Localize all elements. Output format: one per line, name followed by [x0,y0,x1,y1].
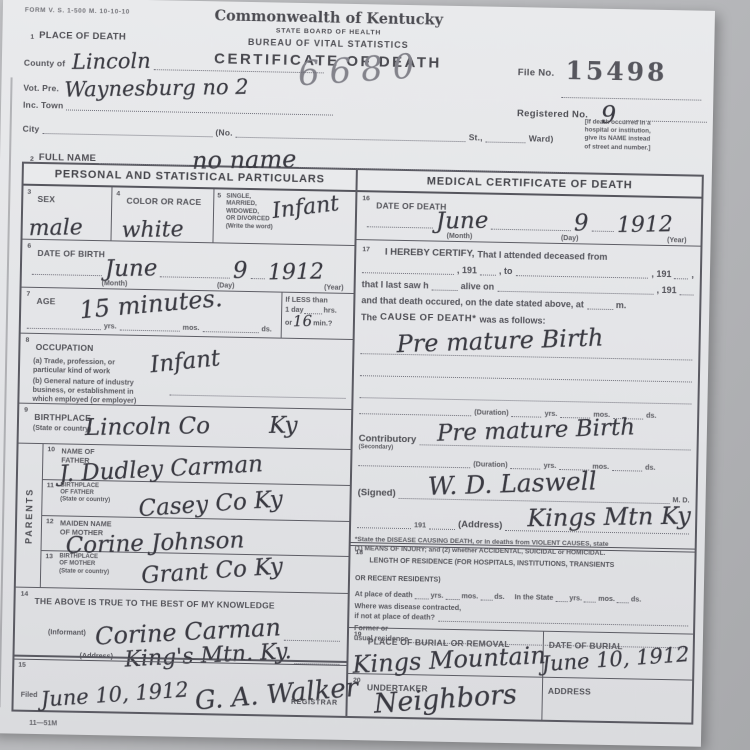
year-191-label: , 191 [657,285,677,295]
father-birthplace-value: Casey Co Ky [138,488,284,521]
meridiem-label: m. [616,300,627,310]
dotted-leader [617,593,629,603]
duration-caption: (Duration) [473,459,508,469]
month-caption: (Month) [102,280,128,287]
year-191-label: , 191 [651,269,671,279]
sex-cell: 3 SEX male [22,186,111,241]
to-label: , to [499,266,513,276]
precinct-value: Waynesburg no 2 [64,77,249,101]
age-label: AGE [36,296,55,306]
signed-date-address-line: 191 (Address) Kings Mtn Ky [357,504,689,534]
occupation-label: OCCUPATION [36,342,94,353]
field-number: 15 [18,662,26,669]
sex-race-marital-row: 3 SEX male 4 COLOR OR RACE white 5 SINGL… [22,186,355,246]
birthplace-state-value: Ky [269,414,298,437]
address-caption: (Address) [458,519,503,531]
dotted-leader [359,388,691,404]
field-number: 8 [25,337,29,344]
parents-rows: 10 NAME OF FATHER J. Dudley Carman 11 BI… [41,444,351,593]
city-ward-label: Ward) [529,133,554,143]
birthplace-value: Lincoln Co [85,415,210,440]
dotted-leader [612,461,642,472]
undertaker-cell: 20 UNDERTAKER Neighbors [347,674,542,720]
inc-town-label: Inc. Town [23,100,64,111]
blank-dotted-line [359,382,691,404]
father-birthplace-row: 11 BIRTHPLACE OF FATHER (State or countr… [42,480,350,522]
city-no-label: (No. [215,127,233,137]
death-certificate-scan: FORM V. S. 1-500 M. 10-10-10 Commonwealt… [0,0,750,750]
last-saw-label: that I last saw h [362,279,429,290]
hrs-label: hrs. [323,305,336,314]
mother-birthplace-label: BIRTHPLACE OF MOTHER (State or country) [59,554,109,577]
dotted-leader [592,222,614,232]
undertaker-address-cell: ADDRESS [541,678,692,723]
dotted-leader [680,285,694,295]
dotted-leader [202,322,258,333]
year-191-label: 191 [414,520,426,529]
sex-value: male [29,217,107,240]
parents-label-text: PARENTS [24,487,35,544]
hospital-note: [If death occurred in a hospital or inst… [584,118,707,153]
or-label: or [285,318,292,327]
dotted-leader [480,591,492,601]
dotted-leader [587,299,613,309]
dotted-leader [251,269,265,279]
mos-label: mos. [183,323,200,332]
father-name-row: 10 NAME OF FATHER J. Dudley Carman [43,444,351,486]
undertaker-row: 20 UNDERTAKER Neighbors ADDRESS [347,674,692,723]
certificate-body: PERSONAL AND STATISTICAL PARTICULARS 3 S… [11,162,703,725]
dotted-leader [555,592,567,602]
filed-label: Filed [21,690,38,699]
occupation-row: 8 OCCUPATION (a) Trade, profession, or p… [19,334,352,410]
parents-section: PARENTS 10 NAME OF FATHER J. Dudley Carm… [16,444,351,594]
dotted-leader [358,456,470,468]
cause-value-line: Pre mature Birth [360,328,692,360]
dotted-leader [497,282,654,295]
dob-day-value: 9 [233,260,248,283]
field-number: 13 [45,553,53,560]
field-number: 14 [21,591,29,598]
city-st-label: St., [469,132,483,142]
dotted-leader [367,217,433,228]
label-text: PLACE OF DEATH [39,30,126,43]
signed-line: (Signed) W. D. Laswell M. D. [358,472,690,504]
dod-day-value: 9 [574,212,589,235]
age-leader: yrs. mos. ds. [27,319,275,334]
file-no-line: File No. 15498 [518,55,704,82]
as-follows-label: was as follows: [479,314,545,325]
dob-year-value: 1912 [268,261,324,284]
field-number: 19 [354,631,362,638]
county-value: Lincoln [72,51,151,73]
sex-label: SEX [37,194,55,204]
dotted-leader [99,154,189,166]
secondary-caption: (Secondary) [359,444,394,451]
dotted-leader [512,407,542,418]
of-death-label: of death [385,590,413,600]
registrar-signature: G. A. Walker [194,675,359,715]
mos-label: mos. [461,591,478,600]
signed-label: (Signed) [358,487,396,499]
city-label: City [23,124,40,134]
dotted-leader [160,267,230,278]
informant-line: (Informant) Corine Carman [48,617,340,642]
burial-place-value: Kings Mountain [352,643,546,677]
certificate-header: FORM V. S. 1-500 M. 10-10-10 Commonwealt… [0,0,715,175]
dotted-leader [362,263,454,275]
month-caption: (Month) [447,233,473,240]
place-of-death-label: 1 PLACE OF DEATH [30,30,126,43]
attended-dates-line: , 191 , to , 191 , [362,263,694,279]
dotted-leader [415,589,429,599]
duration-caption: (Duration) [474,407,509,417]
field-number: 16 [362,195,370,202]
certification-block: 17 I HEREBY CERTIFY, That I attended dec… [351,246,701,549]
ds-label: ds. [646,411,657,420]
ds-label: ds. [494,592,505,601]
dotted-leader [66,100,333,115]
dotted-leader [486,133,526,144]
blank-dotted-line [360,360,692,382]
age-row: 7 AGE 15 minutes. yrs. mos. ds. If LESS … [21,288,354,340]
day-caption: (Day) [561,235,579,242]
last-saw-line: that I last saw h alive on , 191 [362,279,694,295]
mos-label: mos. [598,594,615,603]
informant-label: (Informant) [48,627,86,637]
alive-on-label: alive on [461,281,495,292]
personal-particulars-column: PERSONAL AND STATISTICAL PARTICULARS 3 S… [13,164,357,716]
marital-cell: 5 SINGLE, MARRIED, WIDOWED, OR DIVORCED … [212,189,355,245]
field-number: 3 [27,189,31,196]
state-label: State [536,593,554,602]
dotted-leader [561,88,701,101]
age-value: 15 minutes. [79,286,224,322]
dotted-leader [236,128,466,142]
field-number: 2 [30,156,34,163]
race-label: COLOR OR RACE [126,196,201,207]
contracted-label-2: if not at place of death? [354,611,435,622]
dotted-leader [120,321,180,332]
dod-month-value: June [436,210,489,234]
minutes-value: 16 [293,314,312,329]
dob-month-value: June [105,257,158,281]
cause-of-death-value: Pre mature Birth [396,325,603,356]
dotted-leader [491,220,571,232]
dotted-leader [284,631,340,642]
physician-address-value: Kings Mtn Ky [527,504,691,531]
physician-signature: W. D. Laswell [428,468,598,499]
if-less-line3: or 16 min.? [285,314,350,328]
dotted-leader [429,520,455,530]
cause-of-death-label: CAUSE OF DEATH* [380,312,477,325]
file-no-label: File No. [518,67,555,79]
dob-leader: June 9 1912 [32,256,348,281]
the-label: The [361,312,377,322]
ds-label: ds. [631,594,642,603]
certify-bold-text: I HEREBY CERTIFY, [385,247,475,260]
file-no-value: 15498 [565,56,668,87]
county-label: County of [24,58,66,69]
year-caption: (Year) [324,284,344,291]
min-label: min.? [313,318,332,327]
file-no-rule [561,88,701,101]
dotted-leader [515,266,648,279]
yrs-label: yrs. [431,591,444,600]
field-number: 5 [217,192,221,199]
at-place-label: At place [355,589,383,599]
burial-row: 19 PLACE OF BURIAL OR REMOVAL Kings Moun… [348,628,693,681]
certificate-paper: FORM V. S. 1-500 M. 10-10-10 Commonwealt… [0,0,715,747]
field-number: 11 [47,482,54,489]
birthplace-label: BIRTHPLACE [34,412,91,423]
ds-label: ds. [645,463,656,472]
full-name-label: FULL NAME [39,152,97,164]
certify-rest-text: That I attended deceased from [477,249,607,261]
field-number: 4 [116,190,120,197]
mother-birthplace-value: Grant Co Ky [141,556,284,589]
birthplace-row: 9 BIRTHPLACE (State or country) Lincoln … [19,404,352,450]
city-line: City (No. St., Ward) [23,124,663,146]
date-of-death-row: 16 DATE OF DEATH June 9 1912 (Month) (Da… [357,192,702,247]
filed-row: 15 Filed June 10, 1912 G. A. Walker REGI… [14,656,347,710]
year-191-label: , 191 [457,265,477,275]
mother-maiden-row: 12 MAIDEN NAME OF MOTHER Corine Johnson [42,516,350,558]
certify-line: 17 I HEREBY CERTIFY, That I attended dec… [362,246,694,263]
dotted-leader [27,319,101,330]
attest-label: THE ABOVE IS TRUE TO THE BEST OF MY KNOW… [34,596,274,611]
field-number: 12 [46,518,54,525]
age-cell: 7 AGE 15 minutes. yrs. mos. ds. [21,288,282,338]
yrs-label: yrs. [569,593,582,602]
field-number: 18 [355,549,363,556]
dod-leader: June 9 1912 [367,208,693,233]
dotted-leader [359,404,471,416]
dotted-leader [42,124,212,137]
place-of-burial-cell: 19 PLACE OF BURIAL OR REMOVAL Kings Moun… [348,628,543,677]
dotted-leader [357,518,411,529]
field-number: 10 [47,446,55,453]
precinct-label: Vot. Pre. [23,83,59,94]
in-the-label: In the [515,592,534,601]
dod-year-value: 1912 [617,214,673,237]
race-value: white [122,219,209,242]
field-number: 1 [30,34,34,41]
informant-row: 14 THE ABOVE IS TRUE TO THE BEST OF MY K… [14,588,347,662]
undertaker-address-label: ADDRESS [548,686,591,697]
dotted-leader [584,592,596,602]
field-number: 6 [27,243,31,250]
dotted-leader [674,269,688,279]
field-number: 7 [26,291,30,298]
registrar-label: REGISTRAR [291,699,338,707]
if-less-than-cell: If LESS than 1 day hrs. or 16 min.? [281,293,354,339]
death-occured-line: and that death occured, on the date stat… [361,295,693,311]
precinct-line: Vot. Pre. Waynesburg no 2 [23,76,323,99]
father-birthplace-label: BIRTHPLACE OF FATHER (State or country) [60,482,110,505]
residence-label: LENGTH OF RESIDENCE (FOR HOSPITALS, INST… [355,557,614,583]
death-occured-label: and that death occured, on the date stat… [361,295,584,309]
ds-label: ds. [261,324,272,333]
undertaker-value: Neighbors [373,681,518,718]
dotted-leader [480,265,496,275]
inc-town-line: Inc. Town [23,100,333,116]
dotted-leader [154,60,324,73]
field-number: 9 [24,407,28,414]
medical-certificate-column: MEDICAL CERTIFICATE OF DEATH 16 DATE OF … [347,170,701,723]
dotted-leader [432,281,458,291]
dotted-leader [360,366,692,382]
dotted-leader [445,590,459,600]
filed-line: Filed June 10, 1912 G. A. Walker [21,677,337,705]
mother-birthplace-row: 13 BIRTHPLACE OF MOTHER (State or countr… [41,551,349,593]
field-number: 17 [362,246,370,253]
race-cell: 4 COLOR OR RACE white [110,187,213,242]
contributory-label: Contributory [359,433,417,445]
filed-date-value: June 10, 1912 [40,679,189,710]
year-caption: (Year) [667,237,687,244]
residence-block: 18 LENGTH OF RESIDENCE (FOR HOSPITALS, I… [349,542,695,635]
dotted-leader [32,265,102,276]
parents-vertical-label: PARENTS [16,444,44,587]
date-of-burial-cell: DATE OF BURIAL June 10, 1912 [542,632,693,680]
registered-no-label: Registered No. [517,108,588,120]
comma-label: , [691,269,694,279]
yrs-label: yrs. [104,321,117,330]
